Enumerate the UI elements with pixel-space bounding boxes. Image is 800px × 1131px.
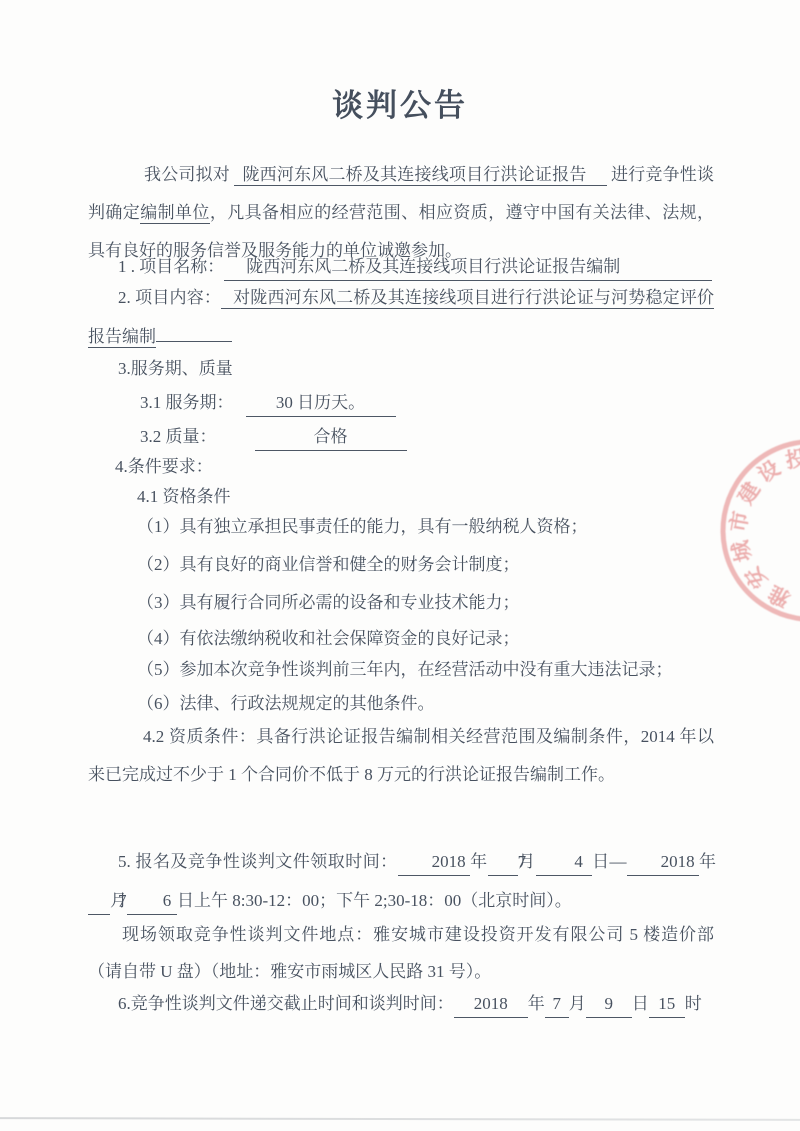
unit-year: 年 [470,852,488,871]
blank-year-2: 2018 [627,851,699,876]
blank-line-extension [156,339,232,342]
item-2-value: 对陇西河东风二桥及其连接线项目进行行洪论证与河势稳定评价 [221,288,714,309]
quality-row: 3.2 质量：合格 [140,422,407,452]
project-name-underlined: 陇西河东风二桥及其连接线项目行洪论证报告 [234,165,606,186]
venue-paragraph: 现场领取竞争性谈判文件地点：雅安城市建设投资开发有限公司 5 楼造价部（请自带 … [88,916,714,990]
blank-day-1: 4 [536,851,592,876]
unit-deadline-month: 月 [569,994,586,1013]
blank-day-2: 6 [127,890,177,915]
official-seal-icon: 雅安城市建设投资开发有限公司 [696,412,800,649]
scanned-document-page: 谈判公告 我公司拟对 陇西河东风二桥及其连接线项目行洪论证报告 进行竞争性谈判确… [0,0,800,1131]
quality-label: 3.2 质量： [140,427,217,446]
blank-year-1: 2018 [398,851,470,876]
item-2-value-continuation: 报告编制 [88,327,156,348]
item-2-paragraph: 2. 项目内容：对陇西河东风二桥及其连接线项目进行行洪论证与河势稳定评价报告编制 [88,278,714,356]
section-3-heading: 3.服务期、质量 [118,354,233,384]
blank-month-1: 7 [488,851,518,876]
blank-deadline-year: 2018 [454,993,528,1018]
blank-deadline-day: 9 [586,993,632,1018]
item-2-label: 2. 项目内容： [118,288,221,307]
quality-value: 合格 [255,426,407,451]
qualification-item-4: （4）有依法缴纳税收和社会保障资金的良好记录； [137,624,520,654]
unit-deadline-day: 日 [632,994,649,1013]
blank-deadline-month: 7 [545,993,569,1018]
scan-edge-artifact [0,1117,800,1121]
item-6-row: 6.竞争性谈判文件递交截止时间和谈判时间：2018年7月9日15时 [118,984,714,1023]
qualification-heading: 4.1 资格条件 [137,482,231,512]
qualification-item-3: （3）具有履行合同所必需的设备和专业技术能力； [137,588,520,618]
qualification-clause-4-2: 4.2 资质条件：具备行洪论证报告编制相关经营范围及编制条件，2014 年以来已… [88,718,714,794]
blank-deadline-hour: 15 [649,993,685,1018]
document-title: 谈判公告 [0,80,800,125]
unit-deadline-year: 年 [528,994,545,1013]
item-5-paragraph: 5. 报名及竞争性谈判文件领取时间：2018年7月4日—2018年7月6日上午 … [88,842,716,920]
service-period-row: 3.1 服务期：30 日历天。 [140,388,396,418]
unit-deadline-hour: 时 [685,994,702,1013]
item-6-label: 6.竞争性谈判文件递交截止时间和谈判时间： [118,994,454,1013]
qualification-item-5: （5）参加本次竞争性谈判前三年内，在经营活动中没有重大违法记录； [137,655,673,685]
service-period-value: 30 日历天。 [246,392,396,417]
unit-month: 月 [518,852,536,871]
qualification-item-6: （6）法律、行政法规规定的其他条件。 [137,689,435,719]
service-period-label: 3.1 服务期： [140,393,234,412]
unit-year-2: 年 [699,852,716,871]
item-5-tail: 日上午 8:30-12：00；下午 2;30-18：00（北京时间）。 [177,891,572,910]
blank-month-2: 7 [88,890,110,915]
section-4-heading: 4.条件要求： [115,452,213,482]
qualification-item-2: （2）具有良好的商业信誉和健全的财务会计制度； [137,550,520,580]
intro-lead: 我公司拟对 [144,165,234,184]
unit-day-dash: 日— [592,852,627,871]
item-5-label: 5. 报名及竞争性谈判文件领取时间： [118,852,398,871]
qualification-item-1: （1）具有独立承担民事责任的能力，具有一般纳税人资格； [137,512,588,542]
unit-month-2: 月 [110,891,127,910]
unit-underlined: 编制单位 [140,203,210,224]
